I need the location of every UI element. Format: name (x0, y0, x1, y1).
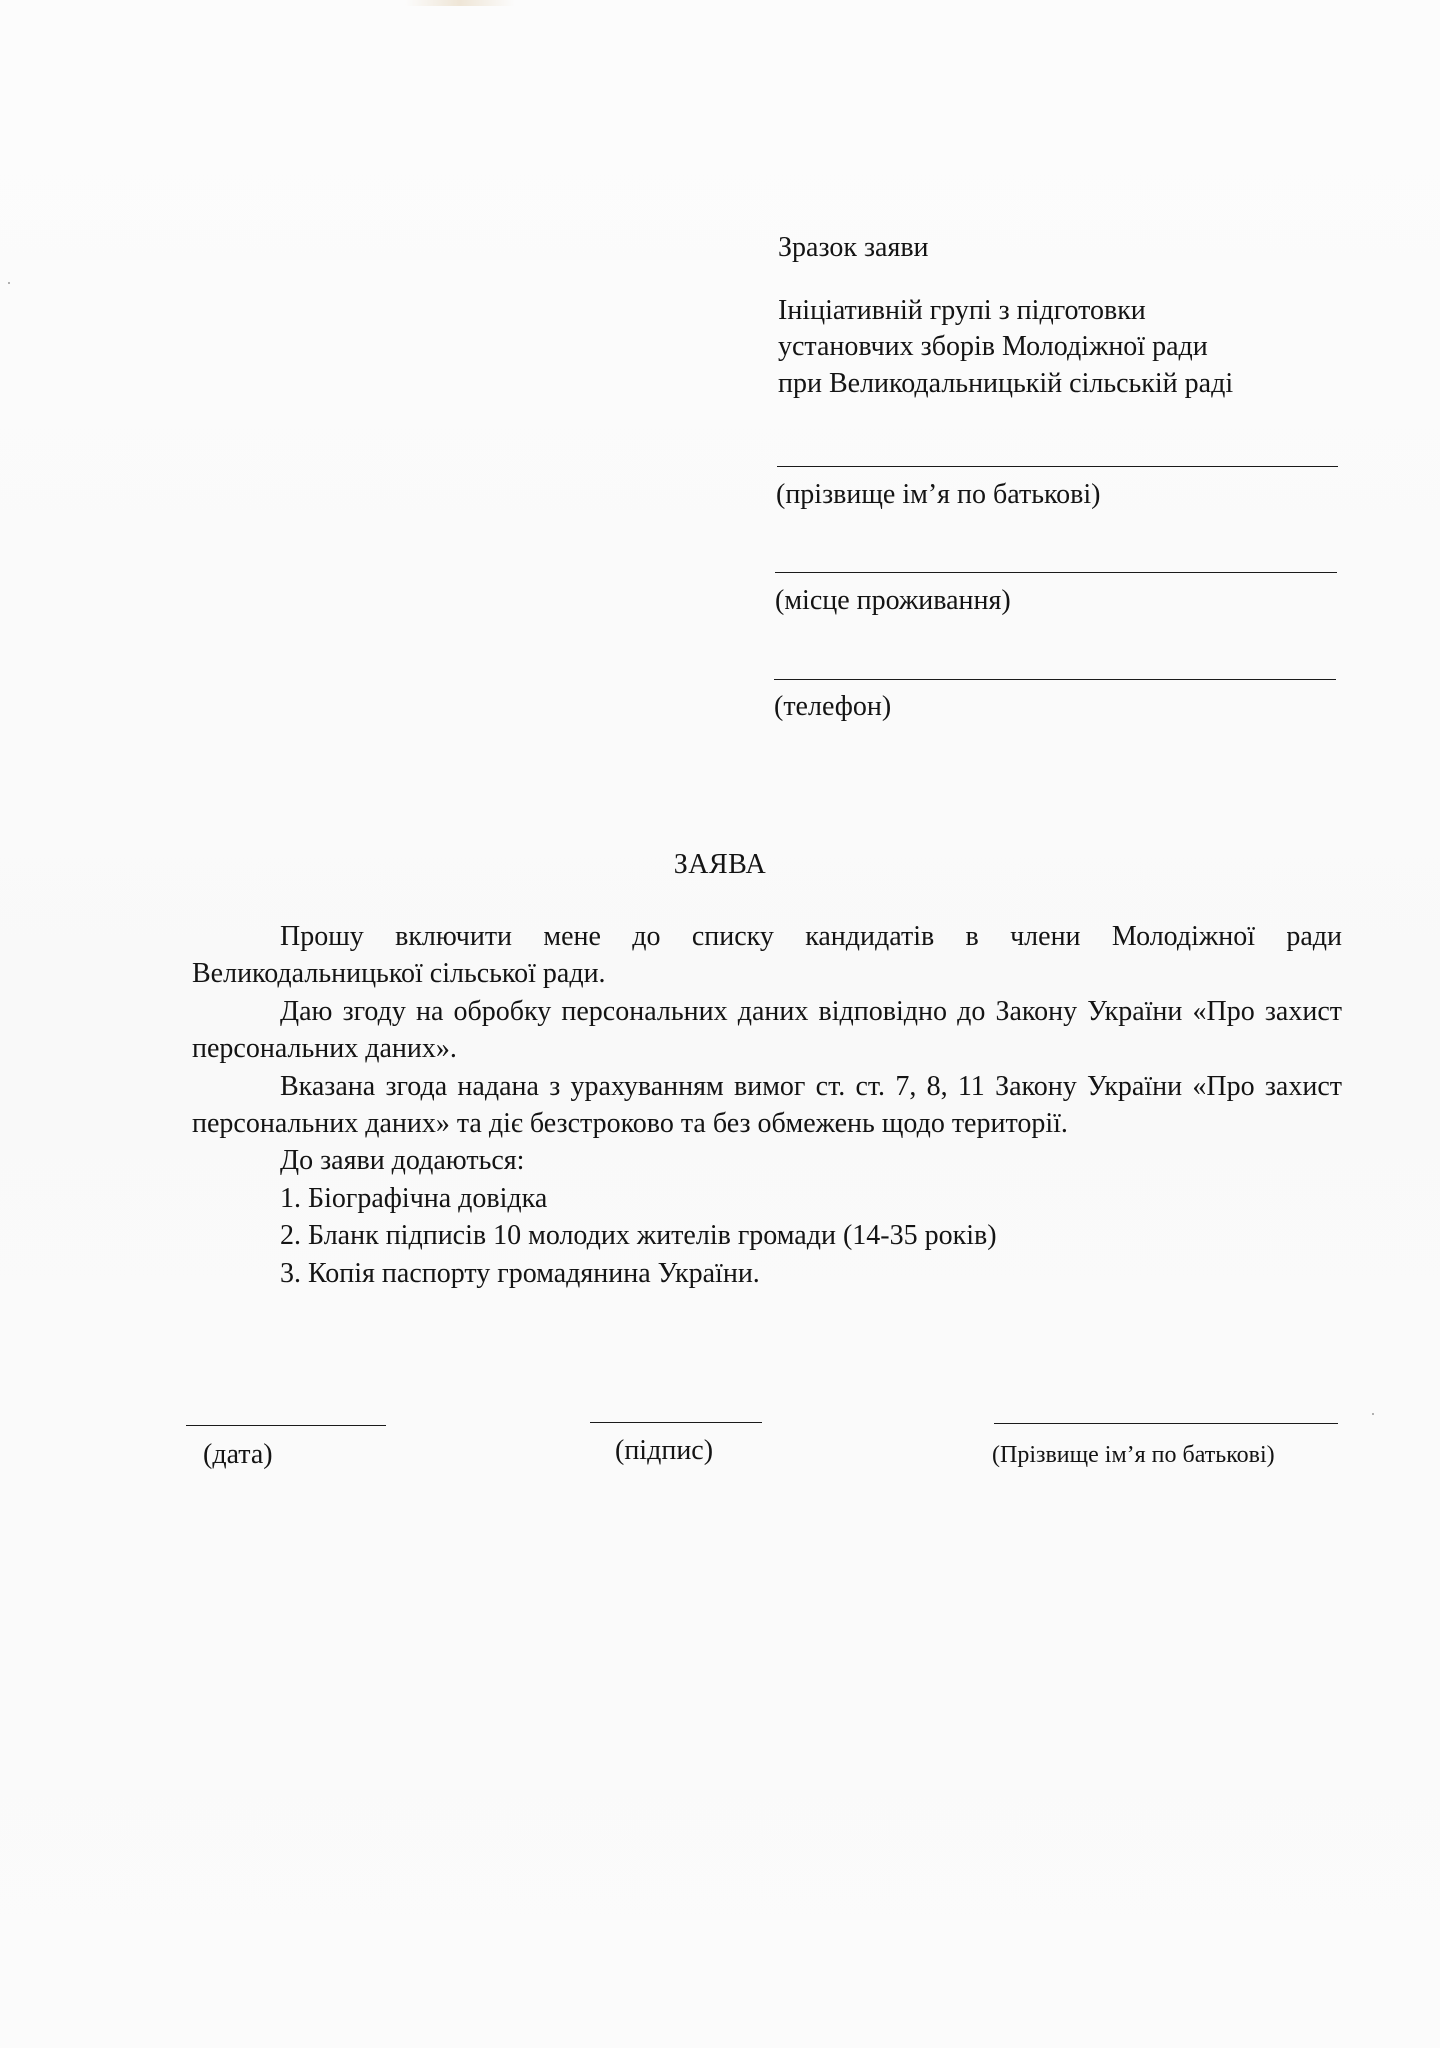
attachments-intro: До заяви додаються: (192, 1142, 1342, 1179)
attachment-item: 3. Копія паспорту громадянина України. (192, 1255, 1342, 1292)
full-name-field-line[interactable] (777, 466, 1338, 467)
document-page: Зразок заяви Ініціативній групі з підгот… (0, 0, 1440, 2048)
residence-field-line[interactable] (775, 572, 1337, 573)
header-block: Зразок заяви Ініціативній групі з підгот… (778, 230, 1233, 402)
phone-field-label: (телефон) (774, 690, 891, 724)
paper-speck (8, 282, 10, 284)
residence-field-label: (місце проживання) (775, 584, 1011, 618)
paper-stain (405, 0, 515, 6)
body-paragraph: Даю згоду на обробку персональних даних … (192, 993, 1342, 1068)
date-field-label: (дата) (203, 1438, 273, 1472)
signer-name-field-line[interactable] (994, 1423, 1338, 1424)
date-field-line[interactable] (186, 1425, 386, 1426)
paper-speck (1372, 1413, 1374, 1415)
attachment-item: 2. Бланк підписів 10 молодих жителів гро… (192, 1217, 1342, 1254)
body-paragraph: Прошу включити мене до списку кандидатів… (192, 918, 1342, 993)
addressee-line: при Великодальницькій сільській раді (778, 366, 1233, 403)
signature-field-line[interactable] (590, 1422, 762, 1423)
document-body: Прошу включити мене до списку кандидатів… (192, 918, 1342, 1292)
body-paragraph: Вказана згода надана з урахуванням вимог… (192, 1068, 1342, 1143)
document-caption: Зразок заяви (778, 230, 1233, 267)
signature-field-label: (підпис) (615, 1434, 713, 1468)
full-name-field-label: (прізвище ім’я по батькові) (776, 478, 1101, 512)
addressee-block: Ініціативній групі з підготовки установч… (778, 293, 1233, 403)
addressee-line: установчих зборів Молодіжної ради (778, 329, 1233, 366)
addressee-line: Ініціативній групі з підготовки (778, 293, 1233, 330)
document-title: ЗАЯВА (0, 848, 1440, 882)
signer-name-field-label: (Прізвище ім’я по батькові) (992, 1438, 1275, 1472)
attachment-item: 1. Біографічна довідка (192, 1180, 1342, 1217)
phone-field-line[interactable] (774, 679, 1336, 680)
